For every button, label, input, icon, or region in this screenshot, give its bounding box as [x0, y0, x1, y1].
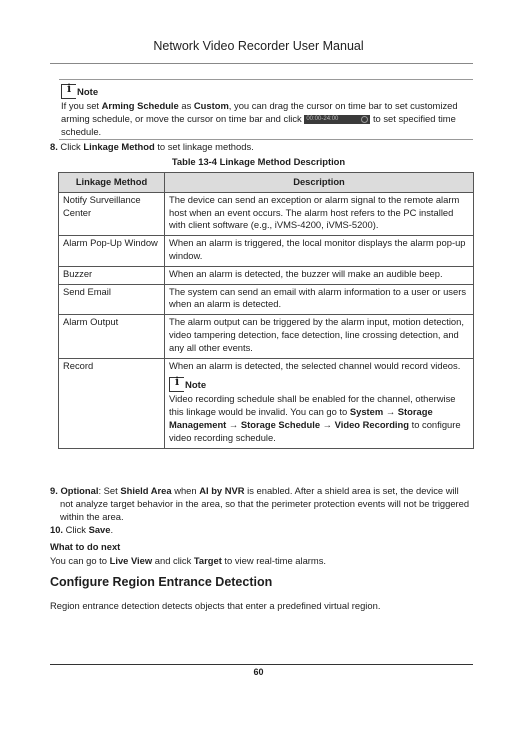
what-to-do-next-body: You can go to Live View and click Target…: [50, 555, 475, 568]
time-bar-control-image: 00:00-24:00: [304, 115, 370, 124]
table-row: Buzzer When an alarm is detected, the bu…: [59, 266, 474, 284]
header-divider: [50, 63, 473, 64]
description-cell: When an alarm is detected, the buzzer wi…: [165, 266, 474, 284]
record-description: When an alarm is detected, the selected …: [169, 360, 469, 373]
note-label: Note: [77, 87, 98, 98]
linkage-method-table: Linkage Method Description Notify Survei…: [58, 172, 474, 449]
method-cell: Alarm Output: [59, 315, 165, 358]
method-cell: Send Email: [59, 284, 165, 315]
step-9: 9. Optional: Set Shield Area when AI by …: [50, 485, 472, 523]
note-info-icon: i: [169, 377, 184, 391]
note-bottom-divider: [59, 139, 473, 140]
description-cell: The alarm output can be triggered by the…: [165, 315, 474, 358]
table-row: Alarm Pop-Up Window When an alarm is tri…: [59, 236, 474, 267]
clock-icon: [361, 116, 368, 123]
table-row: Send Email The system can send an email …: [59, 284, 474, 315]
note-heading: i Note: [61, 84, 98, 98]
record-note-body: Video recording schedule shall be enable…: [169, 393, 469, 444]
table-header-row: Linkage Method Description: [59, 173, 474, 193]
page-number: 60: [0, 666, 517, 679]
section-body: Region entrance detection detects object…: [50, 600, 380, 613]
what-to-do-next-heading: What to do next: [50, 541, 475, 554]
note-info-icon: i: [61, 84, 76, 98]
description-cell: The device can send an exception or alar…: [165, 192, 474, 235]
table-row: Alarm Output The alarm output can be tri…: [59, 315, 474, 358]
footer-divider: [50, 664, 473, 665]
step-10: 10. Click Save.: [50, 524, 475, 537]
method-cell: Record: [59, 358, 165, 448]
note-top-divider: [59, 79, 473, 80]
section-title: Configure Region Entrance Detection: [50, 576, 272, 589]
record-note-heading: i Note: [169, 377, 469, 391]
method-cell: Buzzer: [59, 266, 165, 284]
page-header-title: Network Video Recorder User Manual: [0, 40, 517, 53]
table-caption: Table 13-4 Linkage Method Description: [0, 156, 517, 169]
table-row: Record When an alarm is detected, the se…: [59, 358, 474, 448]
method-cell: Notify Surveillance Center: [59, 192, 165, 235]
description-cell: When an alarm is triggered, the local mo…: [165, 236, 474, 267]
note-body: If you set Arming Schedule as Custom, yo…: [61, 100, 473, 138]
description-cell: When an alarm is detected, the selected …: [165, 358, 474, 448]
column-header-description: Description: [165, 173, 474, 193]
description-cell: The system can send an email with alarm …: [165, 284, 474, 315]
method-cell: Alarm Pop-Up Window: [59, 236, 165, 267]
table-row: Notify Surveillance Center The device ca…: [59, 192, 474, 235]
step-8: 8. Click Linkage Method to set linkage m…: [50, 141, 475, 154]
column-header-method: Linkage Method: [59, 173, 165, 193]
